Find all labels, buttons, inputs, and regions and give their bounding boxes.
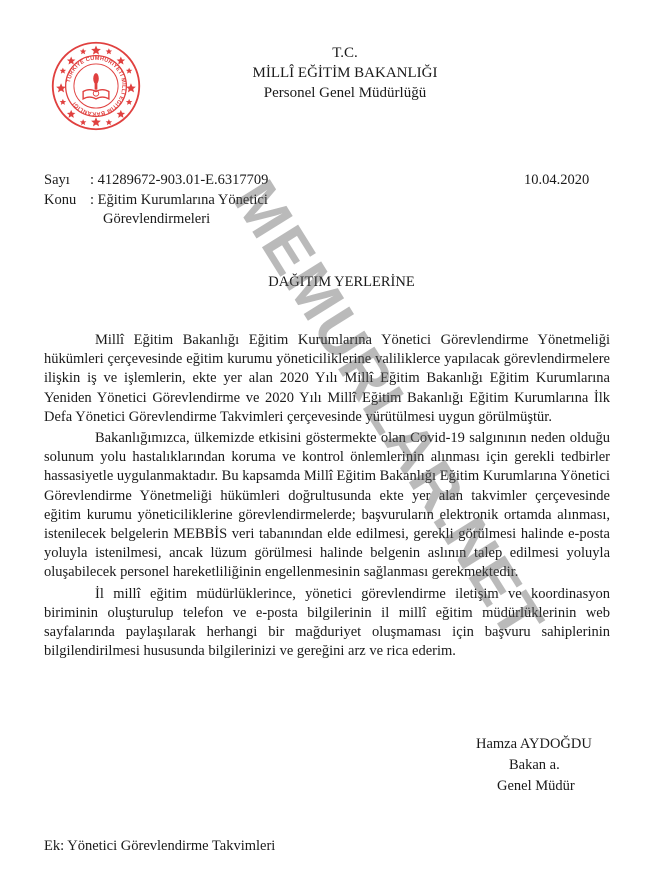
letter-meta: Sayı : 41289672-903.01-E.6317709 Konu : …: [44, 171, 268, 230]
sayi-row: Sayı : 41289672-903.01-E.6317709: [44, 171, 268, 191]
letterhead-tc: T.C.: [200, 43, 490, 63]
signatory-on-behalf: Bakan a.: [476, 755, 636, 776]
ministry-seal-icon: TÜRKİYE CUMHURİYETİ MİLLÎ EĞİTİM BAKANLI…: [50, 40, 142, 132]
konu-value: : Eğitim Kurumlarına Yönetici: [90, 191, 268, 211]
signature-block: Hamza AYDOĞDU Bakan a. Genel Müdür: [476, 734, 636, 797]
letterhead: T.C. MİLLÎ EĞİTİM BAKANLIĞI Personel Gen…: [200, 43, 490, 103]
letterhead-ministry: MİLLÎ EĞİTİM BAKANLIĞI: [200, 63, 490, 83]
konu-label: Konu: [44, 191, 90, 211]
body-paragraph: Bakanlığımızca, ülkemizde etkisini göste…: [44, 429, 610, 583]
konu-row: Konu : Eğitim Kurumlarına Yönetici: [44, 191, 268, 211]
sayi-label: Sayı: [44, 171, 90, 191]
signatory-name: Hamza AYDOĞDU: [476, 734, 636, 755]
recipient-heading: DAĞITIM YERLERİNE: [0, 274, 659, 291]
signatory-title: Genel Müdür: [476, 776, 636, 797]
letter-date: 10.04.2020: [524, 171, 589, 191]
letter-body: Millî Eğitim Bakanlığı Eğitim Kurumların…: [44, 331, 610, 663]
official-letter-page: TÜRKİYE CUMHURİYETİ MİLLÎ EĞİTİM BAKANLI…: [0, 0, 659, 884]
konu-value-continued: Görevlendirmeleri: [44, 210, 268, 230]
attachment-note: Ek: Yönetici Görevlendirme Takvimleri: [44, 838, 275, 855]
body-paragraph: Millî Eğitim Bakanlığı Eğitim Kurumların…: [44, 331, 610, 427]
letterhead-department: Personel Genel Müdürlüğü: [200, 83, 490, 103]
sayi-value: : 41289672-903.01-E.6317709: [90, 171, 268, 191]
body-paragraph: İl millî eğitim müdürlüklerince, yönetic…: [44, 585, 610, 662]
